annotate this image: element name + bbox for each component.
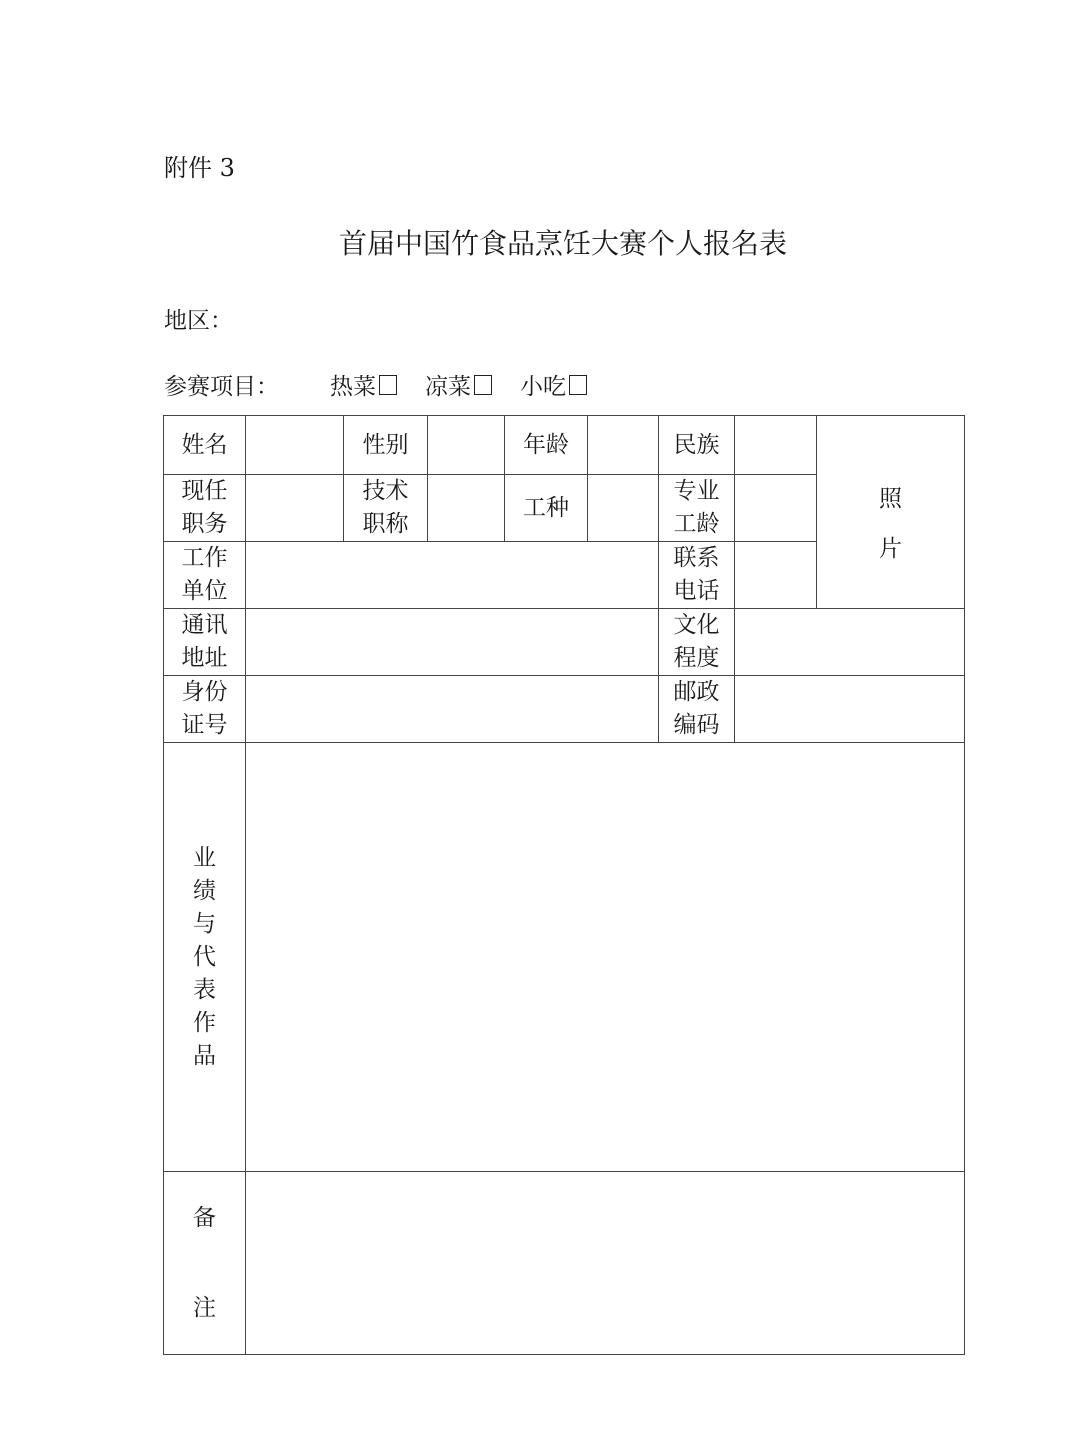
education-label: 文化程度 <box>659 609 735 676</box>
id-number-input[interactable] <box>246 676 659 743</box>
postcode-label: 邮政编码 <box>659 676 735 743</box>
event-option-cold-dish[interactable]: 凉菜 <box>425 368 492 401</box>
ethnicity-label: 民族 <box>659 416 735 475</box>
employer-input[interactable] <box>246 542 659 609</box>
trade-input[interactable] <box>588 475 659 542</box>
work-years-label: 专业工龄 <box>659 475 735 542</box>
remarks-input[interactable] <box>246 1172 965 1355</box>
checkbox-icon[interactable] <box>379 375 397 395</box>
gender-label: 性别 <box>344 416 428 475</box>
event-option-hot-dish[interactable]: 热菜 <box>330 368 397 401</box>
postcode-input[interactable] <box>735 676 965 743</box>
position-input[interactable] <box>246 475 344 542</box>
attachment-label: 附件 3 <box>164 148 235 183</box>
checkbox-icon[interactable] <box>474 375 492 395</box>
region-field-label: 地区： <box>164 302 233 335</box>
position-label: 现任职务 <box>164 475 246 542</box>
age-label: 年龄 <box>505 416 588 475</box>
age-input[interactable] <box>588 416 659 475</box>
tech-title-label: 技术职称 <box>344 475 428 542</box>
checkbox-icon[interactable] <box>569 375 587 395</box>
trade-label: 工种 <box>505 475 588 542</box>
remarks-label: 备注 <box>164 1172 246 1355</box>
ethnicity-input[interactable] <box>735 416 817 475</box>
name-input[interactable] <box>246 416 344 475</box>
education-input[interactable] <box>735 609 965 676</box>
address-label: 通讯地址 <box>164 609 246 676</box>
event-option-snack[interactable]: 小吃 <box>520 368 587 401</box>
phone-label: 联系电话 <box>659 542 735 609</box>
achievements-label: 业绩与代表作品 <box>164 743 246 1172</box>
employer-label: 工作单位 <box>164 542 246 609</box>
photo-area[interactable]: 照 片 <box>817 416 965 609</box>
event-options: 参赛项目： 热菜 凉菜 小吃 <box>164 368 587 401</box>
phone-input[interactable] <box>735 542 817 609</box>
tech-title-input[interactable] <box>428 475 505 542</box>
events-label: 参赛项目： <box>164 368 330 401</box>
page-title: 首届中国竹食品烹饪大赛个人报名表 <box>0 222 1080 262</box>
id-number-label: 身份证号 <box>164 676 246 743</box>
address-input[interactable] <box>246 609 659 676</box>
achievements-input[interactable] <box>246 743 965 1172</box>
work-years-input[interactable] <box>735 475 817 542</box>
registration-table: 姓名 性别 年龄 民族 照 片 现任职务 技术职称 工种 专业工龄 工作单位 联… <box>163 415 965 1355</box>
name-label: 姓名 <box>164 416 246 475</box>
gender-input[interactable] <box>428 416 505 475</box>
